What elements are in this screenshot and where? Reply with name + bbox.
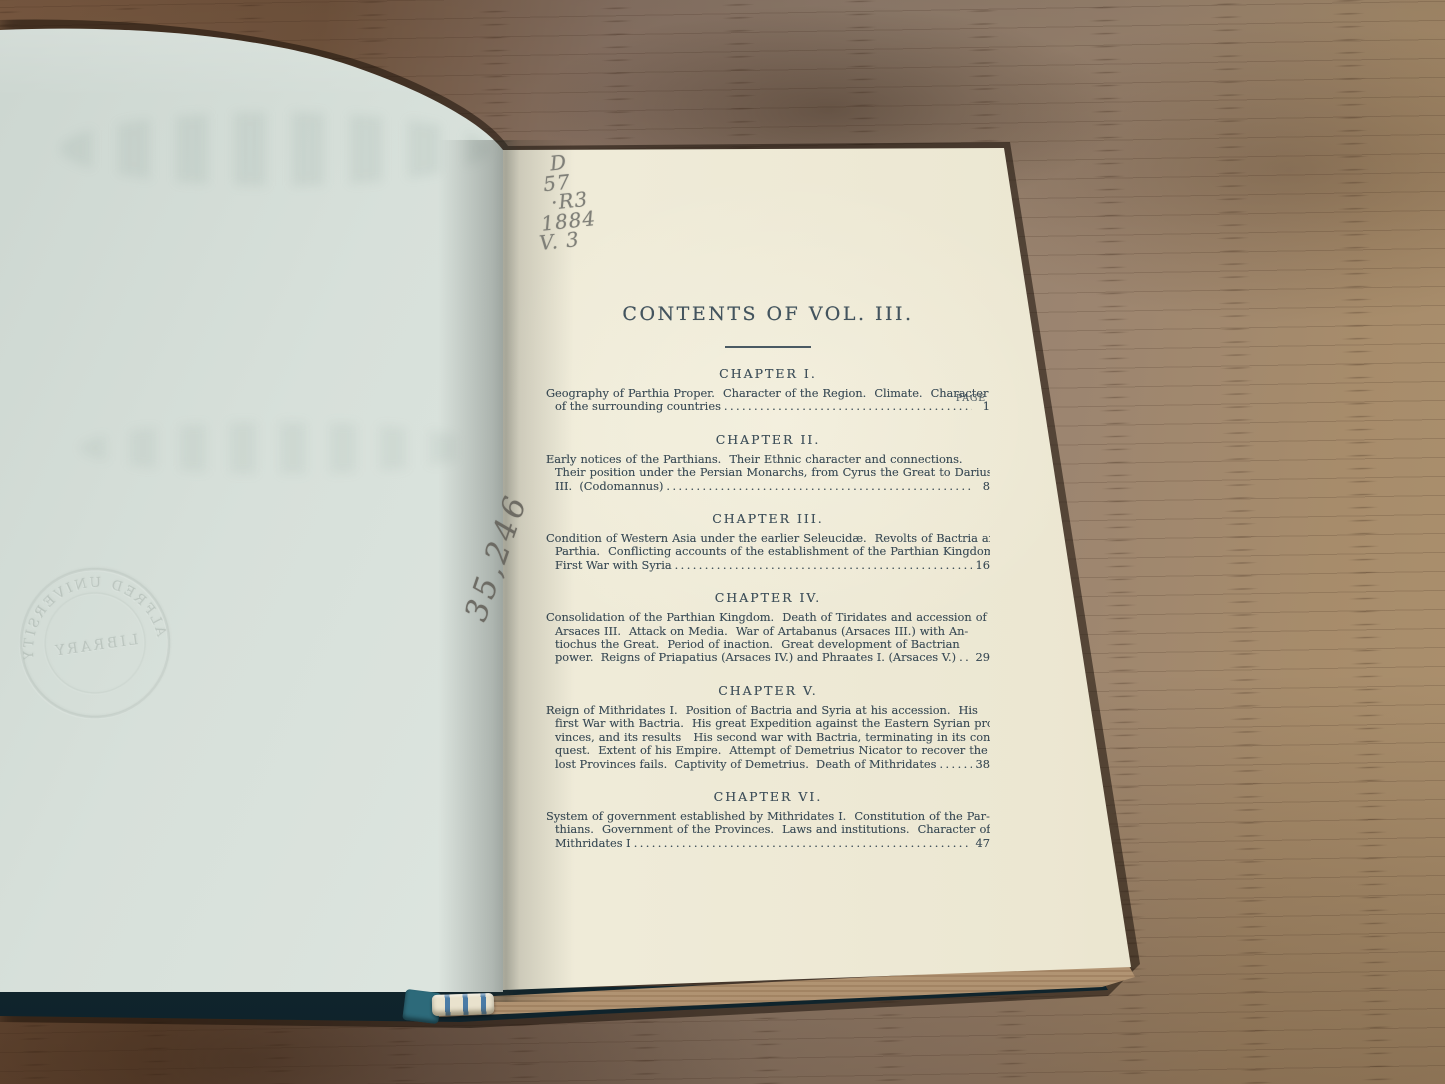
chapter-lines: System of government established by Mith…	[546, 810, 990, 837]
page-number: 29	[975, 651, 990, 664]
final-line-text: First War with Syria	[546, 559, 672, 572]
chapter-lines: Reign of Mithridates I. Position of Bact…	[546, 704, 990, 758]
toc-title: CONTENTS OF VOL. III.	[546, 303, 990, 325]
chapter-heading: CHAPTER IV.	[546, 590, 990, 605]
leader-dots: ........................................…	[959, 651, 972, 664]
stamp-center-text: LIBRARY	[52, 632, 140, 660]
chapter-line: Their position under the Persian Monarch…	[546, 466, 990, 479]
leader-dots: ........................................…	[724, 400, 972, 413]
leader-dots: ........................................…	[634, 837, 972, 850]
chapter-line: Parthia. Conflicting accounts of the est…	[546, 545, 990, 558]
chapter-lines: Condition of Western Asia under the earl…	[546, 532, 990, 559]
chapter-line: Geography of Parthia Proper. Character o…	[546, 387, 990, 400]
chapter-line: System of government established by Mith…	[546, 810, 990, 823]
final-line-text: lost Provinces fails. Captivity of Demet…	[546, 758, 937, 771]
chapter-heading: CHAPTER V.	[546, 683, 990, 698]
final-line: lost Provinces fails. Captivity of Demet…	[546, 758, 990, 771]
chapter-line: vinces, and its results His second war w…	[546, 731, 990, 744]
chapter-line: quest. Extent of his Empire. Attempt of …	[546, 744, 990, 757]
chapter-entry: CHAPTER III. Condition of Western Asia u…	[546, 511, 990, 572]
chapter-line: Early notices of the Parthians. Their Et…	[546, 453, 990, 466]
leader-dots: ........................................…	[940, 758, 972, 771]
page-number: 47	[975, 837, 990, 850]
leader-dots: ........................................…	[675, 559, 972, 572]
chapter-entry: CHAPTER I. Geography of Parthia Proper. …	[546, 366, 990, 414]
chapter-heading: CHAPTER VI.	[546, 789, 990, 804]
chapter-entry: CHAPTER IV. Consolidation of the Parthia…	[546, 590, 990, 665]
page-number: 16	[975, 559, 990, 572]
final-line: power. Reigns of Priapatius (Arsaces IV.…	[546, 651, 990, 664]
chapter-line: Condition of Western Asia under the earl…	[546, 532, 990, 545]
leader-dots: ........................................…	[666, 480, 972, 493]
final-line-text: of the surrounding countries	[546, 400, 721, 413]
final-line-text: III. (Codomannus)	[546, 480, 663, 493]
chapter-line: tiochus the Great. Period of inaction. G…	[546, 638, 990, 651]
toc-chapters: CHAPTER I. Geography of Parthia Proper. …	[546, 366, 990, 850]
chapter-lines: Consolidation of the Parthian Kingdom. D…	[546, 611, 990, 651]
chapter-entry: CHAPTER II. Early notices of the Parthia…	[546, 432, 990, 493]
chapter-entry: CHAPTER V. Reign of Mithridates I. Posit…	[546, 683, 990, 771]
chapter-line: first War with Bactria. His great Expedi…	[546, 717, 990, 730]
chapter-heading: CHAPTER II.	[546, 432, 990, 447]
chapter-lines: Geography of Parthia Proper. Character o…	[546, 387, 990, 400]
page-column-label: PAGE	[956, 393, 986, 404]
chapter-entry: CHAPTER VI. System of government establi…	[546, 789, 990, 850]
chapter-line: Consolidation of the Parthian Kingdom. D…	[546, 611, 990, 624]
showthrough-smudge	[80, 422, 480, 474]
final-line-text: Mithridates I	[546, 837, 631, 850]
final-line: of the surrounding countries ...........…	[546, 400, 990, 413]
open-book-photo: ALFRED UNIVERSITY LIBRARY CONTENTS OF VO…	[0, 0, 1445, 1084]
chapter-line: Reign of Mithridates I. Position of Bact…	[546, 704, 990, 717]
chapter-lines: Early notices of the Parthians. Their Et…	[546, 453, 990, 480]
call-number-annotation: D57·R31884V. 3	[525, 143, 664, 254]
title-rule	[725, 346, 811, 348]
headband	[432, 993, 495, 1016]
chapter-heading: CHAPTER I.	[546, 366, 990, 381]
chapter-heading: CHAPTER III.	[546, 511, 990, 526]
final-line-text: power. Reigns of Priapatius (Arsaces IV.…	[546, 651, 956, 664]
page-number: 8	[975, 480, 990, 493]
final-line: First War with Syria ...................…	[546, 559, 990, 572]
page-number: 38	[975, 758, 990, 771]
showthrough-smudge	[60, 112, 490, 186]
embossed-library-stamp: ALFRED UNIVERSITY LIBRARY	[0, 547, 191, 739]
table-of-contents: CONTENTS OF VOL. III. PAGE CHAPTER I. Ge…	[546, 303, 990, 850]
chapter-line: thians. Government of the Provinces. Law…	[546, 823, 990, 836]
final-line: III. (Codomannus) ......................…	[546, 480, 990, 493]
final-line: Mithridates I ..........................…	[546, 837, 990, 850]
chapter-line: Arsaces III. Attack on Media. War of Art…	[546, 625, 990, 638]
